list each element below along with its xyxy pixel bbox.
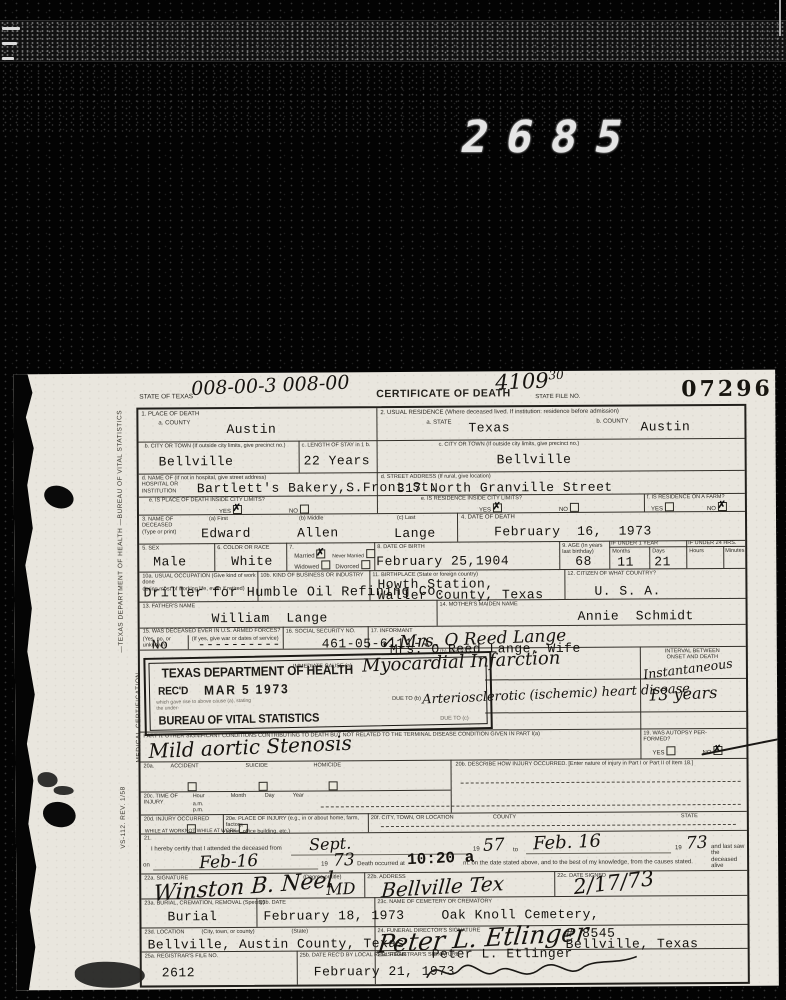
father-name-label: 13. FATHER'S NAME xyxy=(143,603,196,610)
hours-label: Hours xyxy=(689,548,704,554)
usual-residence-title: 2. USUAL RESIDENCE (Where deceased lived… xyxy=(380,408,740,417)
ink-smudge xyxy=(75,962,145,988)
marital-label: 7. xyxy=(289,545,294,551)
blank-line xyxy=(461,781,741,784)
middle-name-label: (b) Middle xyxy=(299,515,323,521)
armed-forces-dashes: ---------- xyxy=(198,637,281,653)
father-name-value: William Lange xyxy=(212,610,328,626)
citizen-value: U. S. A. xyxy=(594,583,661,598)
occupation-label-1: 10a. USUAL OCCUPATION (Give kind of work… xyxy=(142,573,255,586)
residence-limits-yes: YES✗ xyxy=(479,503,504,513)
if-under-24-hrs-label: IF UNDER 24 HRS. xyxy=(688,540,736,547)
autopsy-label-1: 19. WAS AUTOPSY PER- xyxy=(643,730,707,736)
county-label: a. COUNTY xyxy=(158,420,190,427)
on-label: on xyxy=(143,863,150,870)
accident-label: ACCIDENT xyxy=(171,763,199,769)
attended-from-year: 57 xyxy=(483,835,505,856)
injury-county-label: COUNTY xyxy=(493,814,516,820)
location-sub2: (State) xyxy=(292,929,309,935)
checkbox-empty xyxy=(665,502,674,511)
punch-hole xyxy=(41,799,78,830)
residence-county-value: Austin xyxy=(640,419,690,434)
deceased-title-2: DECEASED xyxy=(142,523,172,529)
place-of-injury-label: 20e. PLACE OF INJURY (e.g., in or about … xyxy=(226,815,366,835)
year-19-c: 19 xyxy=(321,861,328,868)
checkbox-empty xyxy=(666,746,675,755)
checkbox-empty xyxy=(321,560,330,569)
days-value: 21 xyxy=(654,554,671,569)
deceased-title-1: 3. NAME OF xyxy=(142,516,173,522)
residence-state-label: a. STATE xyxy=(426,420,451,427)
months-value: 11 xyxy=(617,555,634,570)
checkbox-empty xyxy=(570,503,579,512)
last-name-value: Lange xyxy=(394,526,436,541)
stamp-line-1: TEXAS DEPARTMENT OF HEALTH xyxy=(161,662,353,681)
year-label: Year xyxy=(293,793,304,799)
handwritten-file-number-sup: 30 xyxy=(548,370,564,383)
farm-no: NO✗ xyxy=(707,502,729,512)
film-edge-mark xyxy=(2,57,14,60)
yes-label: YES xyxy=(652,750,664,756)
time-of-death-value: 10:20 a xyxy=(407,848,475,869)
burial-date-value: February 18, 1973 xyxy=(263,908,404,924)
yes-label: YES xyxy=(651,506,663,512)
margin-text-department: —TEXAS DEPARTMENT OF HEALTH —BUREAU OF V… xyxy=(117,457,125,653)
farm-label: f. IS RESIDENCE ON A FARM? xyxy=(647,494,725,501)
place-of-injury-label-2: street, office building, etc.) xyxy=(226,828,290,834)
date-of-death-label: 4. DATE OF DEATH xyxy=(461,514,515,521)
color-race-label: 6. COLOR OR RACE xyxy=(217,545,269,552)
industry-label: 10b. KIND OF BUSINESS OR INDUSTRY xyxy=(260,572,365,579)
first-name-value: Edward xyxy=(201,526,251,541)
homicide-checkbox xyxy=(327,776,340,794)
certify-text-4: m. on the date stated above, and to the … xyxy=(463,859,745,868)
time-of-injury-label-1: 20c. TIME OF xyxy=(144,793,178,799)
checkbox-empty xyxy=(361,560,370,569)
marital-divorced: Divorced xyxy=(335,560,372,570)
autopsy-label-2: FORMED? xyxy=(643,737,670,743)
no-label: NO xyxy=(289,509,298,515)
box-20b-label: 20b. DESCRIBE HOW INJURY OCCURRED. [Ente… xyxy=(455,760,740,768)
last-seen-year: 73 xyxy=(333,850,355,871)
checkbox-empty xyxy=(188,782,197,791)
minutes-label: Minutes xyxy=(725,548,744,554)
mother-name-value: Annie Schmidt xyxy=(578,608,694,624)
burial-date-label: 23b. DATE xyxy=(259,900,286,906)
sex-value: Male xyxy=(153,554,186,569)
checkbox-empty xyxy=(300,505,309,514)
ink-smudge xyxy=(54,786,74,795)
death-certificate-page: —TEXAS DEPARTMENT OF HEALTH —BUREAU OF V… xyxy=(13,370,779,991)
name-of-deceased-title: 3. NAME OF DECEASED (Type or print) xyxy=(142,516,176,535)
checkbox-checked: ✗ xyxy=(718,502,727,511)
film-edge-mark xyxy=(2,42,17,45)
deceased-title-3: (Type or print) xyxy=(142,529,176,535)
degree-value: MD xyxy=(326,879,356,899)
ink-smudge xyxy=(38,772,58,787)
certificate-form: 1. PLACE OF DEATH a. COUNTY Austin 2. US… xyxy=(136,404,750,988)
residence-state-value: Texas xyxy=(468,420,510,435)
residence-limits-no: NO xyxy=(559,503,581,513)
checkbox-checked: ✗ xyxy=(493,503,502,512)
microfilm-scan: 2685 —TEXAS DEPARTMENT OF HEALTH —BUREAU… xyxy=(0,0,786,1000)
month-label: Month xyxy=(231,793,246,799)
registrar-signature-scrawl xyxy=(422,955,642,986)
married-label: Married xyxy=(294,553,314,559)
age-label-1: 9. AGE (In years xyxy=(562,543,602,549)
checkbox-empty xyxy=(366,549,375,558)
checkbox-empty xyxy=(259,782,268,791)
date-of-birth-value: February 25,1904 xyxy=(376,553,509,569)
suicide-label: SUICIDE xyxy=(246,763,268,769)
stamp-recd: REC'D xyxy=(158,685,188,698)
injury-city-label: 20f. CITY, TOWN, OR LOCATION xyxy=(371,815,454,822)
checkbox-checked: ✗ xyxy=(317,549,326,558)
certify-text-3: Death occurred at xyxy=(357,861,405,868)
place-city-label: b. CITY OR TOWN (If outside city limits,… xyxy=(145,443,295,450)
handwritten-file-number-main: 4109 xyxy=(495,370,549,395)
if-under-1-year-label: IF UNDER 1 YEAR xyxy=(611,540,658,547)
burial-value: Burial xyxy=(167,909,217,924)
length-of-stay-label: c. LENGTH OF STAY in 1 b. xyxy=(302,442,372,449)
residence-city-label: c. CITY OR TOWN (If outside city limits,… xyxy=(439,440,659,448)
checkbox-empty xyxy=(329,781,338,790)
certificate-title: CERTIFICATE OF DEATH xyxy=(376,387,511,400)
received-stamp: TEXAS DEPARTMENT OF HEALTH REC'D MAR 5 1… xyxy=(143,651,492,736)
divorced-label: Divorced xyxy=(335,564,359,570)
injury-occurred-label: 20d. INJURY OCCURRED xyxy=(144,816,209,823)
torn-paper-edge xyxy=(13,374,41,990)
last-name-label: (c) Last xyxy=(397,515,415,521)
marital-married: Married✗ xyxy=(294,549,327,559)
place-county-value: Austin xyxy=(226,422,276,437)
year-19-b: 19 xyxy=(675,845,682,852)
length-of-stay-value: 22 Years xyxy=(304,453,371,468)
marital-never: Never Married xyxy=(332,549,377,559)
attended-to-year: 73 xyxy=(686,833,708,854)
armed-forces-label: 15. WAS DECEASED EVER IN U.S. ARMED FORC… xyxy=(143,628,283,635)
homicide-label: HOMICIDE xyxy=(314,762,342,768)
margin-text-form-number: VS-112. REV. 1/58 xyxy=(120,797,127,849)
yes-label: YES xyxy=(219,509,231,515)
location-sub1: (City, town, or county) xyxy=(202,929,255,936)
film-grain-band xyxy=(0,20,786,62)
attended-to-value: Feb. 16 xyxy=(533,831,602,855)
place-city-limits-label: e. IS PLACE OF DEATH INSIDE CITY LIMITS? xyxy=(149,497,265,504)
hour-label: Hour xyxy=(193,793,205,799)
widowed-label: Widowed xyxy=(294,564,319,570)
first-name-label: (a) First xyxy=(209,516,228,522)
location-label: 23d. LOCATION xyxy=(145,929,185,936)
checkbox-checked: ✗ xyxy=(233,505,242,514)
film-edge-mark xyxy=(2,27,20,30)
time-of-injury-label-2: INJURY xyxy=(144,800,164,806)
place-of-injury-label-1: 20e. PLACE OF INJURY (e.g., in or about … xyxy=(226,815,359,828)
ssn-label: 16. SOCIAL SECURITY NO. xyxy=(286,628,356,635)
residence-city-value: Bellville xyxy=(497,452,572,467)
no-label: NO xyxy=(559,507,568,513)
interval-b-value: 13 years xyxy=(648,683,718,705)
yes-label: YES xyxy=(479,507,491,513)
citizen-label: 12. CITIZEN OF WHAT COUNTRY? xyxy=(567,570,737,577)
box-20a-label: 20a. xyxy=(144,763,155,769)
residence-county-label: b. COUNTY xyxy=(596,419,628,426)
frame-counter: 2685 xyxy=(457,112,646,163)
state-of-texas-label: STATE OF TEXAS xyxy=(139,393,193,401)
birthplace-value-2: Waller County, Texas xyxy=(377,587,543,603)
film-edge-line xyxy=(779,0,781,36)
date-of-birth-label: 8. DATE OF BIRTH xyxy=(377,544,425,551)
hospital-label-line2: HOSPITAL OR xyxy=(142,482,178,488)
stamp-form-note: which gave rise to above cause (a), stat… xyxy=(156,698,251,712)
pm-label: p.m. xyxy=(193,807,204,813)
place-city-value: Bellville xyxy=(159,454,234,469)
date-of-death-value: February 16, 1973 xyxy=(494,523,652,539)
street-address-value: 317 North Granville Street xyxy=(397,480,613,496)
film-grain-band-2 xyxy=(0,62,786,132)
punch-hole xyxy=(41,482,76,512)
to-label: to xyxy=(513,847,518,854)
autopsy-label: 19. WAS AUTOPSY PER- FORMED? xyxy=(643,730,743,743)
blank-line xyxy=(381,824,736,827)
registrar-file-value: 2612 xyxy=(162,965,195,980)
injury-state-label: STATE xyxy=(681,813,698,819)
place-limits-no: NO xyxy=(289,505,311,515)
sex-label: 5. SEX xyxy=(142,545,159,551)
residence-city-limits-label: e. IS RESIDENCE INSIDE CITY LIMITS? xyxy=(421,495,522,502)
handwritten-file-number: 410930 xyxy=(495,370,565,395)
certificate-number: 07296 xyxy=(681,376,773,403)
autopsy-yes: YES xyxy=(652,746,677,756)
while-at-work-label: WHILE AT WORK xyxy=(145,828,185,834)
no-label: NO xyxy=(707,506,716,512)
middle-name-value: Allen xyxy=(297,525,339,540)
place-limits-yes: YES✗ xyxy=(219,505,244,515)
stamp-date: MAR 5 1973 xyxy=(204,681,290,698)
never-married-label: Never Married xyxy=(332,553,364,559)
place-of-death-title: 1. PLACE OF DEATH xyxy=(141,411,199,418)
armed-forces-value: No xyxy=(152,637,169,652)
hospital-label-line3: INSTITUTION xyxy=(142,488,177,494)
marital-widowed: Widowed xyxy=(294,560,332,570)
stamp-line-3: BUREAU OF VITAL STATISTICS xyxy=(158,710,319,727)
color-race-value: White xyxy=(231,554,273,569)
box-21-label: 21. xyxy=(144,835,152,841)
location-value: Bellville, Austin County, Texas xyxy=(148,936,405,953)
last-seen-date: Feb-16 xyxy=(199,851,259,873)
day-label: Day xyxy=(265,793,275,799)
time-of-injury-label: 20c. TIME OF INJURY xyxy=(144,793,178,806)
age-value: 68 xyxy=(575,554,592,569)
blank-line xyxy=(321,804,741,808)
handwritten-codes: 008-00-3 008-00 xyxy=(191,372,350,400)
registrar-file-label: 25a. REGISTRAR'S FILE NO. xyxy=(145,953,219,960)
farm-yes: YES xyxy=(651,502,676,512)
state-file-no-label: STATE FILE NO. xyxy=(535,394,580,401)
